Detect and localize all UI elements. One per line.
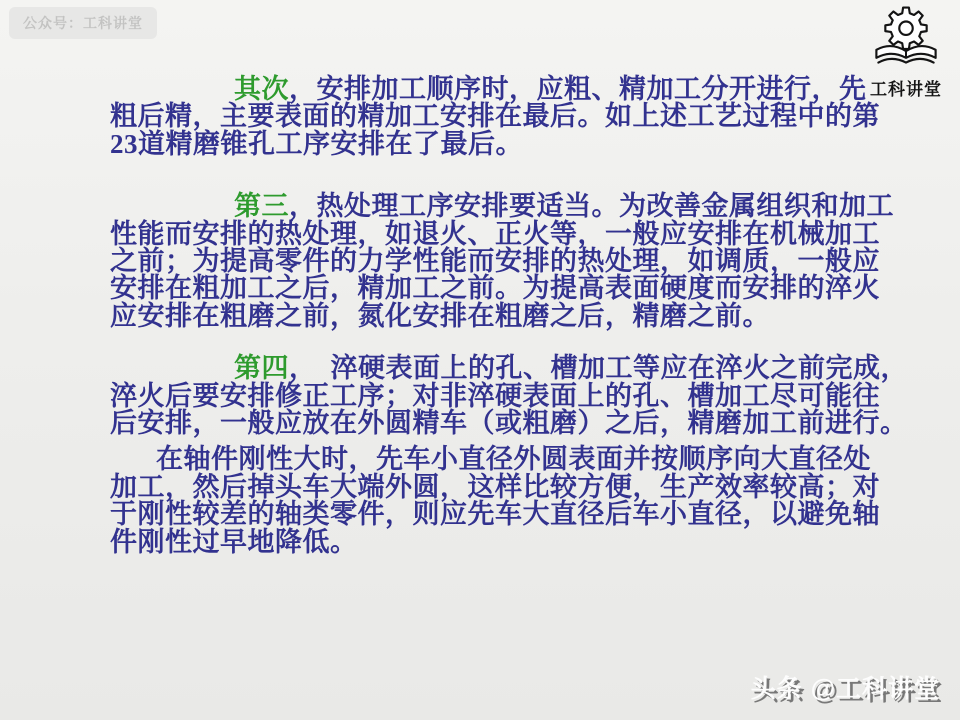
text-run: ，热处理工序安排要适当。为改善金属组织和加工 [289, 191, 894, 221]
text-line: 于刚性较差的轴类零件，则应先车大直径后车小直径，以避免轴 [110, 501, 910, 528]
paragraph-second: 其次，安排加工顺序时，应粗、精加工分开进行，先 粗后精，主要表面的精加工安排在最… [110, 76, 910, 158]
text-line: 第四， 淬硬表面上的孔、槽加工等应在淬火之前完成， [110, 355, 910, 382]
text-line: 第三，热处理工序安排要适当。为改善金属组织和加工 [110, 193, 910, 220]
text-line: 后安排，一般应放在外圆精车（或粗磨）之后，精磨加工前进行。 [110, 410, 910, 437]
paragraph-third: 第三，热处理工序安排要适当。为改善金属组织和加工 性能而安排的热处理，如退火、正… [110, 193, 910, 330]
toutiao-watermark: 头条 @工科讲堂 [751, 669, 940, 705]
text-line: 安排在粗加工之后，精加工之前。为提高表面硬度而安排的淬火 [110, 275, 910, 302]
presentation-slide: 公众号：工科讲堂 工科讲堂 其次，安排加工顺序时，应粗、精加工分开进行，先 粗后… [0, 0, 960, 720]
text-run: ，安排加工顺序时，应粗、精加工分开进行，先 [289, 74, 867, 104]
paragraph-fourth: 第四， 淬硬表面上的孔、槽加工等应在淬火之前完成， 淬火后要安排修正工序；对非淬… [110, 355, 910, 437]
slide-body-text: 其次，安排加工顺序时，应粗、精加工分开进行，先 粗后精，主要表面的精加工安排在最… [110, 76, 910, 556]
text-line: 淬火后要安排修正工序；对非淬硬表面上的孔、槽加工尽可能往 [110, 383, 910, 410]
text-line: 之前；为提高零件的力学性能而安排的热处理，如调质，一般应 [110, 248, 910, 275]
text-line: 粗后精，主要表面的精加工安排在最后。如上述工艺过程中的第 [110, 103, 910, 130]
text-line: 应安排在粗磨之前，氮化安排在粗磨之后，精磨之前。 [110, 303, 910, 330]
text-line: 性能而安排的热处理，如退火、正火等，一般应安排在机械加工 [110, 221, 910, 248]
text-line: 其次，安排加工顺序时，应粗、精加工分开进行，先 [110, 76, 910, 103]
paragraph-lead: 第四 [234, 353, 289, 383]
paragraph-shaft-rigidity: 在轴件刚性大时，先车小直径外圆表面并按顺序向大直径处 加工，然后掉头车大端外圆，… [110, 446, 910, 556]
gear-book-logo-icon [867, 4, 945, 74]
paragraph-lead: 第三 [234, 191, 289, 221]
text-line: 23道精磨锥孔工序安排在了最后。 [110, 131, 910, 158]
text-run: ， 淬硬表面上的孔、槽加工等应在淬火之前完成， [289, 353, 908, 383]
text-line: 件刚性过早地降低。 [110, 529, 910, 556]
text-line: 在轴件刚性大时，先车小直径外圆表面并按顺序向大直径处 [110, 446, 910, 473]
text-line: 加工，然后掉头车大端外圆，这样比较方便，生产效率较高；对 [110, 474, 910, 501]
wechat-account-watermark: 公众号：工科讲堂 [9, 7, 157, 39]
paragraph-lead: 其次 [234, 74, 289, 104]
